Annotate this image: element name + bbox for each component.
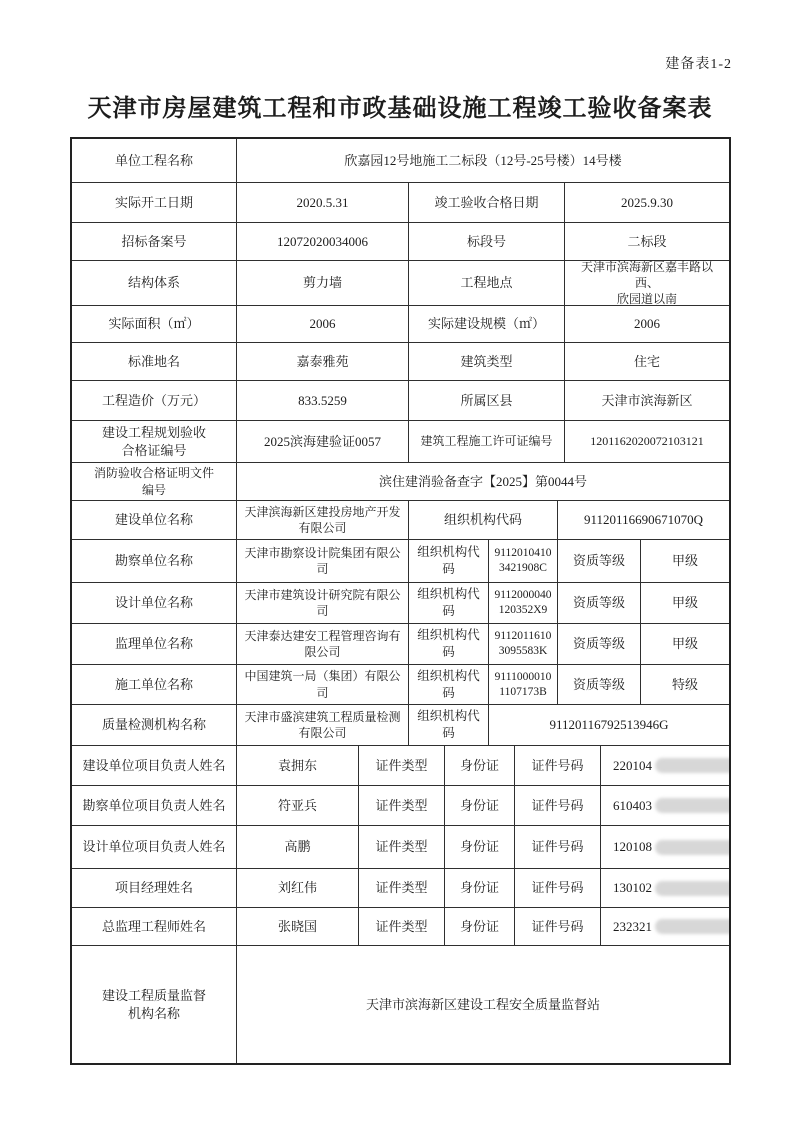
redacted-id-blur (655, 840, 729, 855)
construction-unit-label: 建设单位名称 (72, 501, 236, 539)
bid-record-value: 12072020034006 (236, 223, 408, 260)
project-manager-id-prefix: 130102 (613, 879, 652, 897)
unit-project-value: 欣嘉园12号地施工二标段（12号-25号楼）14号楼 (236, 139, 729, 182)
chief-supervisor-id-no: 232321 (600, 908, 729, 945)
supervision-unit-grade-label: 资质等级 (557, 624, 640, 664)
acceptance-date-value: 2025.9.30 (564, 183, 729, 222)
section-no-label: 标段号 (408, 223, 564, 260)
builder-unit-label: 施工单位名称 (72, 665, 236, 704)
quality-station-value: 天津市滨海新区建设工程安全质量监督站 (236, 946, 729, 1063)
builder-unit-grade-label: 资质等级 (557, 665, 640, 704)
quality-station-label: 建设工程质量监督 机构名称 (72, 946, 236, 1063)
cost-label: 工程造价（万元） (72, 381, 236, 420)
project-manager-label: 项目经理姓名 (72, 869, 236, 907)
qc-unit-label: 质量检测机构名称 (72, 705, 236, 745)
chief-supervisor-id-type: 身份证 (444, 908, 514, 945)
permit-no-value: 1201162020072103121 (564, 421, 729, 462)
design-unit-grade: 甲级 (640, 583, 729, 623)
builder-unit-value: 中国建筑一局（集团）有限公司 (236, 665, 408, 704)
survey-unit-label: 勘察单位名称 (72, 540, 236, 582)
project-manager-id-no: 130102 (600, 869, 729, 907)
design-unit-grade-label: 资质等级 (557, 583, 640, 623)
row-design-unit: 设计单位名称 天津市建筑设计研究院有限公司 组织机构代码 91120000401… (72, 582, 729, 623)
district-value: 天津市滨海新区 (564, 381, 729, 420)
survey-unit-grade-label: 资质等级 (557, 540, 640, 582)
project-manager-id-type-label: 证件类型 (358, 869, 444, 907)
redacted-id-blur (655, 758, 729, 773)
unit-project-label: 单位工程名称 (72, 139, 236, 182)
chief-supervisor-id-type-label: 证件类型 (358, 908, 444, 945)
row-project-manager: 项目经理姓名 刘红伟 证件类型 身份证 证件号码 130102 (72, 868, 729, 907)
bid-record-label: 招标备案号 (72, 223, 236, 260)
row-std-place: 标准地名 嘉泰雅苑 建筑类型 住宅 (72, 342, 729, 380)
row-survey-pm: 勘察单位项目负责人姓名 符亚兵 证件类型 身份证 证件号码 610403 (72, 785, 729, 825)
chief-supervisor-name: 张晓国 (236, 908, 358, 945)
survey-unit-grade: 甲级 (640, 540, 729, 582)
design-unit-value: 天津市建筑设计研究院有限公司 (236, 583, 408, 623)
row-chief-supervisor: 总监理工程师姓名 张晓国 证件类型 身份证 证件号码 232321 (72, 907, 729, 945)
building-type-label: 建筑类型 (408, 343, 564, 380)
qc-unit-code-label: 组织机构代码 (408, 705, 488, 745)
survey-pm-id-type-label: 证件类型 (358, 786, 444, 825)
design-pm-id-no: 120108 (600, 826, 729, 868)
planning-cert-label: 建设工程规划验收 合格证编号 (72, 421, 236, 462)
construction-unit-code-label: 组织机构代码 (408, 501, 557, 539)
fire-cert-label: 消防验收合格证明文件 编号 (72, 463, 236, 500)
form-code: 建备表1-2 (665, 53, 732, 73)
qc-unit-code: 91120116792513946G (488, 705, 729, 745)
construction-unit-code: 91120116690671070Q (557, 501, 729, 539)
qc-unit-value: 天津市盛滨建筑工程质量检测有限公司 (236, 705, 408, 745)
structure-value: 剪力墙 (236, 261, 408, 305)
design-pm-name: 高鹏 (236, 826, 358, 868)
design-pm-id-prefix: 120108 (613, 838, 652, 856)
row-qc-unit: 质量检测机构名称 天津市盛滨建筑工程质量检测有限公司 组织机构代码 911201… (72, 704, 729, 745)
row-owner-pm: 建设单位项目负责人姓名 袁拥东 证件类型 身份证 证件号码 220104 (72, 745, 729, 785)
supervision-unit-grade: 甲级 (640, 624, 729, 664)
row-supervision-unit: 监理单位名称 天津泰达建安工程管理咨询有限公司 组织机构代码 911201161… (72, 623, 729, 664)
owner-pm-label: 建设单位项目负责人姓名 (72, 746, 236, 785)
design-pm-id-type: 身份证 (444, 826, 514, 868)
survey-unit-code: 91120104103421908C (488, 540, 557, 582)
row-design-pm: 设计单位项目负责人姓名 高鹏 证件类型 身份证 证件号码 120108 (72, 825, 729, 868)
survey-unit-code-label: 组织机构代码 (408, 540, 488, 582)
row-construction-unit: 建设单位名称 天津滨海新区建投房地产开发有限公司 组织机构代码 91120116… (72, 500, 729, 539)
survey-pm-label: 勘察单位项目负责人姓名 (72, 786, 236, 825)
supervision-unit-label: 监理单位名称 (72, 624, 236, 664)
start-date-label: 实际开工日期 (72, 183, 236, 222)
builder-unit-grade: 特级 (640, 665, 729, 704)
supervision-unit-code-label: 组织机构代码 (408, 624, 488, 664)
row-structure: 结构体系 剪力墙 工程地点 天津市滨海新区嘉丰路以西、 欣园道以南 (72, 260, 729, 305)
structure-label: 结构体系 (72, 261, 236, 305)
design-pm-id-no-label: 证件号码 (514, 826, 600, 868)
chief-supervisor-label: 总监理工程师姓名 (72, 908, 236, 945)
design-unit-label: 设计单位名称 (72, 583, 236, 623)
scale-label: 实际建设规模（㎡） (408, 306, 564, 342)
row-fire-cert: 消防验收合格证明文件 编号 滨住建消验备查字【2025】第0044号 (72, 462, 729, 500)
owner-pm-id-prefix: 220104 (613, 757, 652, 775)
design-pm-id-type-label: 证件类型 (358, 826, 444, 868)
row-area: 实际面积（㎡） 2006 实际建设规模（㎡） 2006 (72, 305, 729, 342)
start-date-value: 2020.5.31 (236, 183, 408, 222)
project-manager-name: 刘红伟 (236, 869, 358, 907)
permit-no-label: 建筑工程施工许可证编号 (408, 421, 564, 462)
scale-value: 2006 (564, 306, 729, 342)
construction-unit-value: 天津滨海新区建投房地产开发有限公司 (236, 501, 408, 539)
redacted-id-blur (655, 919, 729, 934)
builder-unit-code-label: 组织机构代码 (408, 665, 488, 704)
redacted-id-blur (655, 798, 729, 813)
section-no-value: 二标段 (564, 223, 729, 260)
supervision-unit-value: 天津泰达建安工程管理咨询有限公司 (236, 624, 408, 664)
location-label: 工程地点 (408, 261, 564, 305)
owner-pm-id-no-label: 证件号码 (514, 746, 600, 785)
builder-unit-code: 91110000101107173B (488, 665, 557, 704)
owner-pm-id-type-label: 证件类型 (358, 746, 444, 785)
survey-pm-id-no: 610403 (600, 786, 729, 825)
filing-table: 单位工程名称 欣嘉园12号地施工二标段（12号-25号楼）14号楼 实际开工日期… (70, 137, 731, 1065)
chief-supervisor-id-no-label: 证件号码 (514, 908, 600, 945)
survey-unit-value: 天津市勘察设计院集团有限公司 (236, 540, 408, 582)
design-unit-code-label: 组织机构代码 (408, 583, 488, 623)
page-title: 天津市房屋建筑工程和市政基础设施工程竣工验收备案表 (0, 88, 800, 123)
area-label: 实际面积（㎡） (72, 306, 236, 342)
project-manager-id-no-label: 证件号码 (514, 869, 600, 907)
supervision-unit-code: 91120116103095583K (488, 624, 557, 664)
owner-pm-id-no: 220104 (600, 746, 729, 785)
row-bid-record: 招标备案号 12072020034006 标段号 二标段 (72, 222, 729, 260)
survey-pm-id-type: 身份证 (444, 786, 514, 825)
owner-pm-name: 袁拥东 (236, 746, 358, 785)
location-value: 天津市滨海新区嘉丰路以西、 欣园道以南 (564, 261, 729, 305)
std-place-label: 标准地名 (72, 343, 236, 380)
row-unit-project: 单位工程名称 欣嘉园12号地施工二标段（12号-25号楼）14号楼 (72, 139, 729, 182)
survey-pm-name: 符亚兵 (236, 786, 358, 825)
cost-value: 833.5259 (236, 381, 408, 420)
owner-pm-id-type: 身份证 (444, 746, 514, 785)
acceptance-date-label: 竣工验收合格日期 (408, 183, 564, 222)
row-planning-cert: 建设工程规划验收 合格证编号 2025滨海建验证0057 建筑工程施工许可证编号… (72, 420, 729, 462)
design-unit-code: 9112000040120352X9 (488, 583, 557, 623)
fire-cert-value: 滨住建消验备查字【2025】第0044号 (236, 463, 729, 500)
planning-cert-value: 2025滨海建验证0057 (236, 421, 408, 462)
row-start-date: 实际开工日期 2020.5.31 竣工验收合格日期 2025.9.30 (72, 182, 729, 222)
row-survey-unit: 勘察单位名称 天津市勘察设计院集团有限公司 组织机构代码 91120104103… (72, 539, 729, 582)
district-label: 所属区县 (408, 381, 564, 420)
survey-pm-id-no-label: 证件号码 (514, 786, 600, 825)
row-builder-unit: 施工单位名称 中国建筑一局（集团）有限公司 组织机构代码 91110000101… (72, 664, 729, 704)
row-quality-station: 建设工程质量监督 机构名称 天津市滨海新区建设工程安全质量监督站 (72, 945, 729, 1063)
chief-supervisor-id-prefix: 232321 (613, 918, 652, 936)
area-value: 2006 (236, 306, 408, 342)
row-cost: 工程造价（万元） 833.5259 所属区县 天津市滨海新区 (72, 380, 729, 420)
redacted-id-blur (655, 881, 729, 896)
project-manager-id-type: 身份证 (444, 869, 514, 907)
std-place-value: 嘉泰雅苑 (236, 343, 408, 380)
building-type-value: 住宅 (564, 343, 729, 380)
survey-pm-id-prefix: 610403 (613, 797, 652, 815)
design-pm-label: 设计单位项目负责人姓名 (72, 826, 236, 868)
